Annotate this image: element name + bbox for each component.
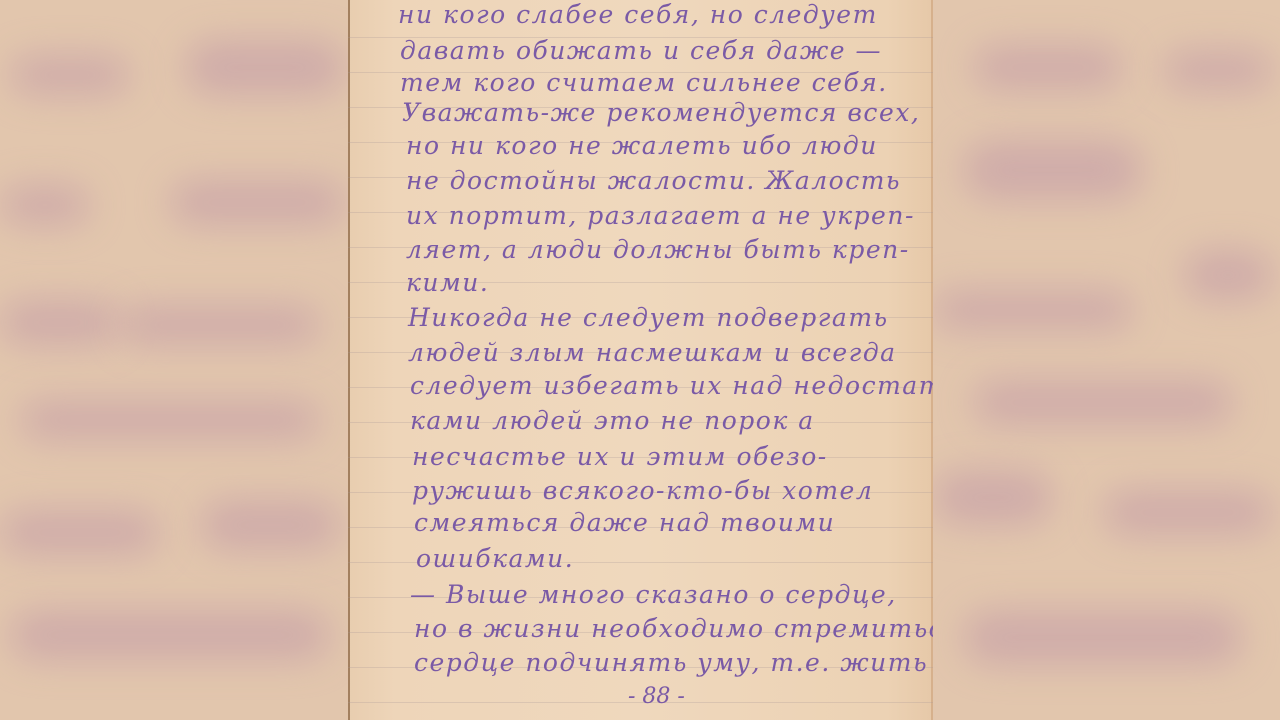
handwritten-line: ни кого слабее себя, но следует: [398, 2, 878, 27]
handwritten-line: Уважать-же рекомендуется всех,: [402, 100, 920, 125]
handwritten-line: кими.: [406, 270, 489, 295]
handwritten-line: несчастье их и этим обезо-: [412, 444, 828, 469]
handwritten-line: тем кого считаем сильнее себя.: [400, 70, 888, 95]
handwritten-line: не достойны жалости. Жалость: [406, 168, 901, 193]
manuscript-page: ни кого слабее себя, но следует давать о…: [348, 0, 933, 720]
handwritten-line: но ни кого не жалеть ибо люди: [406, 133, 878, 158]
handwritten-line: следует избегать их над недостат: [410, 373, 933, 398]
blurred-background-left: [0, 0, 348, 720]
handwritten-line: ошибками.: [416, 546, 574, 571]
handwritten-line: ружишь всякого-кто-бы хотел: [412, 478, 873, 503]
handwritten-line: — Выше много сказано о сердце,: [410, 582, 897, 607]
handwritten-line: давать обижать и себя даже —: [400, 38, 882, 63]
handwritten-line: смеяться даже над твоими: [414, 510, 835, 535]
handwritten-line: ками людей это не порок а: [410, 408, 815, 433]
document-viewer: ни кого слабее себя, но следует давать о…: [0, 0, 1280, 720]
handwritten-line: Никогда не следует подвергать: [408, 305, 889, 330]
handwritten-line: ляет, а люди должны быть креп-: [406, 237, 910, 262]
handwritten-line: их портит, разлагает а не укреп-: [406, 203, 915, 228]
blurred-background-right: [933, 0, 1280, 720]
page-number: - 88 -: [628, 684, 685, 709]
handwritten-line: сердце подчинять уму, т.е. жить: [414, 650, 928, 675]
handwritten-line: но в жизни необходимо стремиться: [414, 616, 933, 641]
handwritten-line: людей злым насмешкам и всегда: [408, 340, 897, 365]
